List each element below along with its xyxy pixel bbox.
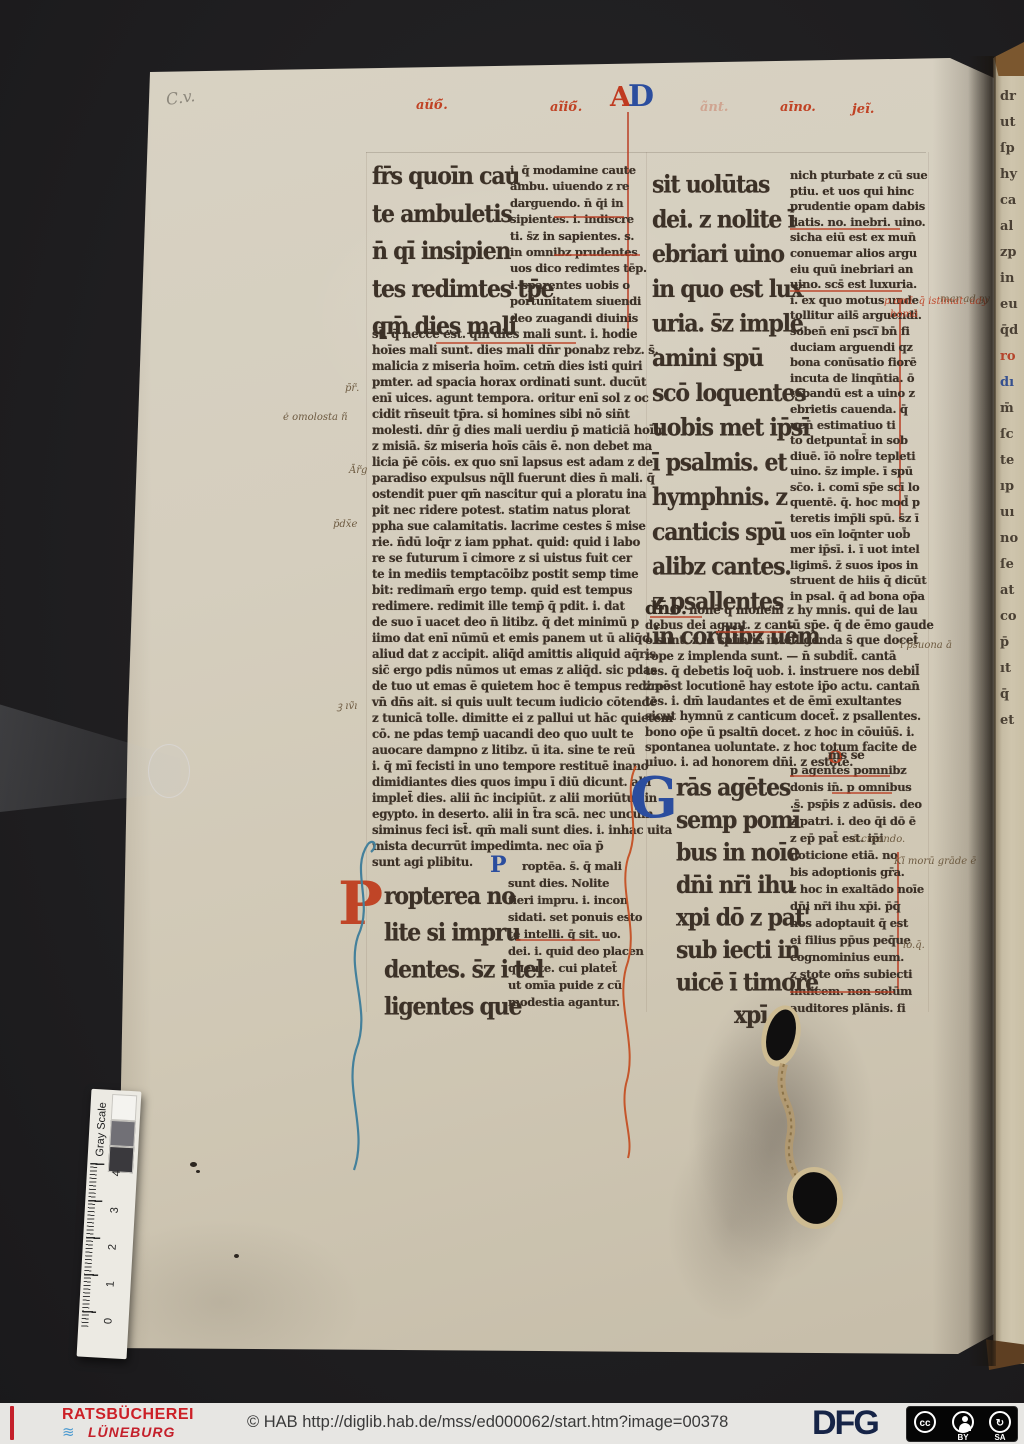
running-head-right: jeĩ. bbox=[852, 102, 874, 117]
text-line: ppha sue calamitatis. lacrime cestes s̄ … bbox=[372, 518, 673, 534]
text-line: te in mediis temptacōibz postit semp tim… bbox=[372, 566, 673, 582]
text-line: rope z implenda sunt. — n̄ subdit̄. cant… bbox=[645, 649, 934, 664]
margin-note: ī psuona ā bbox=[900, 640, 952, 651]
gray-scale-label: Gray Scale bbox=[94, 1102, 109, 1157]
next-page-text-fragment: eu bbox=[1000, 292, 1024, 318]
text-line: tes. i. dm̄ laudantes et de ēmī exultant… bbox=[645, 694, 934, 709]
text-line: pmter. ad spacia horax ordinati sunt. du… bbox=[372, 374, 673, 390]
text-line: licia p̄ē cōis. ex quo snī lapsus est ad… bbox=[372, 454, 673, 470]
running-head-faint: ãnt. bbox=[700, 100, 728, 115]
text-line: hoīes mali sunt. dies mali dn̄r ponabz r… bbox=[372, 342, 673, 358]
digitized-manuscript-viewer: ſtdrutſphycaalzpineuq̄drodım̄ſcteıpuınoſ… bbox=[0, 0, 1024, 1444]
text-line: amini spū bbox=[652, 342, 802, 377]
text-line: i. q̄ modamine caute bbox=[510, 162, 647, 178]
text-line: sic̄ ergo pdis nūmos ut emas z aliq̄d. s… bbox=[372, 662, 673, 678]
next-page-text-fragment: zp bbox=[1000, 240, 1024, 266]
text-line: rie. n̄dū loq̄r z iam pphat. quid: quid … bbox=[372, 534, 673, 550]
waves-icon: ≋ bbox=[62, 1423, 74, 1441]
text-line: z misiā. s̄z miseria hoīs cāis ē. non de… bbox=[372, 438, 673, 454]
text-line: uria. s̄z imple bbox=[652, 307, 802, 342]
text-line: duciam arguendi qz bbox=[790, 340, 927, 356]
text-line: de tuo ut emas ē quietem hoc ē tempus re… bbox=[372, 678, 673, 694]
margin-note: homā bbox=[890, 309, 918, 320]
text-line: in omnibz prudentes bbox=[510, 244, 647, 260]
text-line: eiu quū inebriari an bbox=[790, 262, 927, 278]
right-lemma-text: sit uolūtasdei. z nolite īebriari uinoin… bbox=[652, 168, 802, 654]
text-line: bit: redimam̄ ergo temp. quid est tempus bbox=[372, 582, 673, 598]
margin-note: p̄dx̄e bbox=[333, 519, 357, 530]
left-lemma-text: fr̄s quoīn caute ambuletisn̄ qī insipien… bbox=[372, 158, 522, 346]
gray-patch-white bbox=[111, 1094, 137, 1121]
text-line: ti. s̄z in sapientes. s. bbox=[510, 228, 647, 244]
text-line: dei. z nolite ī bbox=[652, 203, 802, 238]
text-line: cō. ne pdas temp̄ uacandi deo quo uult t… bbox=[372, 726, 673, 742]
running-head-center: aĩiб̃. bbox=[550, 100, 582, 115]
text-line: aliud dat z accipit. aliq̄d amittis aliq… bbox=[372, 646, 673, 662]
next-page-text-fragment: te bbox=[1000, 448, 1024, 474]
ruler-number: 4 bbox=[111, 1164, 124, 1177]
gutter-shadow bbox=[968, 56, 996, 1366]
text-line: uos dico redimtes tēp. bbox=[510, 260, 647, 276]
ruler-number: 2 bbox=[107, 1238, 120, 1251]
text-line: malicia z miseria hoīm. cetm̄ dies isti … bbox=[372, 358, 673, 374]
margin-note: lo.q̄. bbox=[903, 940, 925, 951]
text-line: sc̄o. i. comī sp̄e scī lo bbox=[790, 480, 927, 496]
text-line: alibz cantes. bbox=[652, 550, 802, 585]
text-line: z hoc in exaltādo noīe bbox=[790, 881, 924, 898]
next-page-text-fragment: hy bbox=[1000, 162, 1024, 188]
text-line: ebriari uino bbox=[652, 237, 802, 272]
text-line: re se futurum ī cimore z si uistus fuit … bbox=[372, 550, 673, 566]
text-line: ebrietis cauenda. q̄ bbox=[790, 402, 927, 418]
ruler-number: 1 bbox=[104, 1275, 117, 1288]
next-page-text-fragment: uı bbox=[1000, 500, 1024, 526]
blue-penwork-flourish bbox=[344, 838, 378, 1178]
text-line: redimere. redimit ille temp̄ q̄ pdit. i.… bbox=[372, 598, 673, 614]
next-page-text-fragment: ca bbox=[1000, 188, 1024, 214]
text-line: st̄. q̄ necc̄e est. qm̄ dies mali sunt. … bbox=[372, 326, 673, 342]
text-line: ligims̄. z̄ suos ipos in bbox=[790, 558, 927, 574]
text-line: tes. q̄ debetis loq̄ uob. i. instruere n… bbox=[645, 664, 934, 679]
person-body bbox=[959, 1423, 971, 1431]
cc-by-person-icon bbox=[952, 1411, 974, 1433]
text-line: sit uolūtas bbox=[652, 168, 802, 203]
text-line: auocare dampno z litibz. ū ita. sine te … bbox=[372, 742, 673, 758]
next-page-text-fragment: p̄ bbox=[1000, 630, 1024, 656]
page-holder-tip bbox=[148, 744, 190, 798]
text-line: spontanea uoluntate. z hoc totum facite … bbox=[645, 740, 934, 755]
text-line: bono op̄e ū psaltn̄ docet. z hoc in cōui… bbox=[645, 725, 934, 740]
cc-sa-icon: ↻ bbox=[989, 1411, 1011, 1433]
text-line: diuē. īō nol̄re tepleti bbox=[790, 449, 927, 465]
next-page-text-fragment: q̄d bbox=[1000, 318, 1024, 344]
text-line: i. sparentes uobis o bbox=[510, 277, 647, 293]
text-line: scō loquentes bbox=[652, 376, 802, 411]
next-page-text-fragment: q̄ bbox=[1000, 682, 1024, 708]
red-underline bbox=[554, 254, 640, 256]
red-underline bbox=[790, 775, 890, 777]
text-line: canticis spū bbox=[652, 515, 802, 550]
text-line: teretis imp̄li spū. s̄z ī bbox=[790, 511, 927, 527]
right-commentary-text: nonē q monem̄ z hy mnis. qui de laudebus… bbox=[645, 603, 934, 770]
text-line: o sunt. z īo spūalis̄ intelligenda s̄ qu… bbox=[645, 633, 934, 648]
red-penwork-flourish bbox=[618, 762, 646, 1162]
text-line: sicut hymnū z canticum docet̄. z psallen… bbox=[645, 709, 934, 724]
next-page-text-fragment: ıp bbox=[1000, 474, 1024, 500]
text-line: struent de hiis q̄ dicūt bbox=[790, 573, 927, 589]
text-line: vn̄ dn̄s ait. si quis uult tecum iudicio… bbox=[372, 694, 673, 710]
ink-speck bbox=[234, 1254, 239, 1258]
gloss-lead-rest: m̄s se bbox=[828, 748, 865, 762]
library-name: RATSBÜCHEREI bbox=[62, 1406, 194, 1424]
text-line: darguendo. n̄ q̄i in bbox=[510, 195, 647, 211]
text-line: iimo dat enī nūmū et emis panem ut ū ali… bbox=[372, 630, 673, 646]
ink-speck bbox=[196, 1170, 200, 1173]
margin-note: Ƙī morū grāde ē bbox=[894, 856, 976, 867]
running-head-left: aũб̃. bbox=[416, 98, 448, 113]
ruler-ticks-large bbox=[82, 1163, 105, 1317]
text-line: uos eīn loq̄nter uob̄ bbox=[790, 527, 927, 543]
dfg-logo: DFG bbox=[812, 1404, 878, 1443]
text-line: hymphnis. z bbox=[652, 480, 802, 515]
text-line: uino. s̄z imple. ī spū bbox=[790, 464, 927, 480]
text-line: deo zuagandi diuinis bbox=[510, 310, 647, 326]
next-page-text-fragment: et bbox=[1000, 708, 1024, 734]
copyright-url-text: © HAB http://diglib.hab.de/mss/ed000062/… bbox=[247, 1413, 728, 1432]
next-page-sliver: ſtdrutſphycaalzpineuq̄drodım̄ſcteıpuınoſ… bbox=[993, 58, 1024, 1364]
text-line: bona conūsatio fiorē bbox=[790, 355, 927, 371]
text-line: fr̄s quoīn cau bbox=[372, 158, 522, 196]
text-line: te ambuletis bbox=[372, 196, 522, 234]
text-line: incuta de linqn̄tia. ō bbox=[790, 371, 927, 387]
text-line: cidit rn̄seuit tp̄ra. si homines sibi nō… bbox=[372, 406, 673, 422]
text-line: ambu. uiuendo z re bbox=[510, 178, 647, 194]
text-line: debus dei agunt. z cantū sp̄e. q̄ de ēmo… bbox=[645, 618, 934, 633]
ink-speck bbox=[190, 1162, 197, 1167]
margin-note: Ār̃g bbox=[349, 465, 367, 476]
margin-note: ꝫ ıṽı bbox=[337, 698, 357, 712]
manuscript-page: C.v. aũб̃. aĩiб̃. A D ãnt. aīno. jeĩ. fr… bbox=[116, 58, 994, 1354]
running-head-anno: aīno. bbox=[780, 100, 816, 115]
red-underline bbox=[716, 631, 786, 633]
text-line: paradiso expulsus nq̄ll fuerunt dies n̄ … bbox=[372, 470, 673, 486]
book-spine-top bbox=[994, 42, 1024, 76]
left-gloss-text: i. q̄ modamine cauteambu. uiuendo z reda… bbox=[510, 162, 647, 326]
margin-note: p̄r̃. bbox=[345, 383, 359, 394]
margin-note: ē creando. bbox=[852, 834, 905, 845]
red-underline bbox=[832, 792, 892, 794]
text-line: enī uices. agunt tempora. oritur enī sol… bbox=[372, 390, 673, 406]
parchment-holes-and-tear bbox=[736, 998, 876, 1298]
text-line: ptiu. et uos qui hinc bbox=[790, 184, 927, 200]
text-line: to detpuntat̄ in sob bbox=[790, 433, 927, 449]
next-page-text-fragment: m̄ bbox=[1000, 396, 1024, 422]
red-underline bbox=[516, 939, 600, 941]
next-page-text-fragment: co bbox=[1000, 604, 1024, 630]
text-line: z tunicā tolle. dimitte ei z pallui ut h… bbox=[372, 710, 673, 726]
next-page-text-fragment: dı bbox=[1000, 370, 1024, 396]
text-line: uen̄ estimatiuo ti bbox=[790, 418, 927, 434]
text-line: z patri. i. deo q̄i dō ē bbox=[790, 813, 924, 830]
text-line: mer ip̄sī. i. ī uot intel bbox=[790, 542, 927, 558]
cc-by-label: BY bbox=[950, 1433, 976, 1442]
text-line: sipientes. i. indiscre bbox=[510, 211, 647, 227]
ruler-number: 0 bbox=[102, 1312, 115, 1325]
text-line: portunitatem siuendi bbox=[510, 293, 647, 309]
text-line: tes redimtes tp̄e bbox=[372, 271, 522, 309]
red-underline bbox=[650, 616, 702, 618]
red-underline bbox=[436, 342, 576, 344]
next-page-text-fragment: no bbox=[1000, 526, 1024, 552]
text-line: conuemar alios argu bbox=[790, 246, 927, 262]
gray-patch-mid bbox=[109, 1120, 135, 1147]
margin-note: ė omolosta ñ bbox=[283, 412, 348, 423]
text-line: nich pturbate z cū sue bbox=[790, 168, 927, 184]
next-page-text-fragment: al bbox=[1000, 214, 1024, 240]
right-gloss-text: nich pturbate z cū sueptiu. et uos qui h… bbox=[790, 168, 927, 605]
text-line: soben̄ enī psci̅ bn̄ fi bbox=[790, 324, 927, 340]
next-page-text-fragment: ıt bbox=[1000, 656, 1024, 682]
text-line: nos adoptauit q̄ est bbox=[790, 915, 924, 932]
text-line: tēpandū est a uino z bbox=[790, 386, 927, 402]
next-page-text-fragment: ſc bbox=[1000, 422, 1024, 448]
next-page-text-fragment: ut bbox=[1000, 110, 1024, 136]
text-line: .s̄. psp̄is z adūsis. deo bbox=[790, 796, 924, 813]
red-underline bbox=[790, 290, 902, 292]
text-line: prudentie opam dabis bbox=[790, 199, 927, 215]
cc-license-badge: cc ↻ BY SA bbox=[906, 1406, 1018, 1442]
next-page-text-fragment: ro bbox=[1000, 344, 1024, 370]
text-line: pit nec ridere potest. statim natus plor… bbox=[372, 502, 673, 518]
text-line: quentē. q̄. hoc mod̄ p bbox=[790, 495, 927, 511]
ruling-column-line bbox=[928, 152, 929, 1012]
red-underline bbox=[554, 216, 624, 218]
text-line: uobis met ip̄sī bbox=[652, 411, 802, 446]
pencil-foliation-mark: C.v. bbox=[165, 86, 196, 109]
text-line: ostendit puer qm̄ nascitur qui a ploratu… bbox=[372, 486, 673, 502]
text-line: de suo ī uacet deo n̄ litibz. q̄ det min… bbox=[372, 614, 673, 630]
text-line: sicha eiū est ex mun̄ bbox=[790, 230, 927, 246]
footer-bar: RATSBÜCHEREI ≋ LÜNEBURG © HAB http://dig… bbox=[0, 1403, 1024, 1444]
library-city: LÜNEBURG bbox=[88, 1424, 175, 1440]
next-page-text-fragment: ſp bbox=[1000, 136, 1024, 162]
next-page-text-fragment: ſe bbox=[1000, 552, 1024, 578]
text-line: molesti. dn̄r ḡ dies mali uerdiu p̄ mati… bbox=[372, 422, 673, 438]
ruler-number: 3 bbox=[109, 1201, 122, 1214]
next-page-text-fragment: dr bbox=[1000, 84, 1024, 110]
gloss-initial-P-blue: P bbox=[490, 854, 507, 876]
text-line: ī psalmis. et bbox=[652, 446, 802, 481]
text-line: z post locutionē hay estote ip̄o actu. c… bbox=[645, 679, 934, 694]
next-page-text-fragment: in bbox=[1000, 266, 1024, 292]
text-line: n̄ qī insipien bbox=[372, 233, 522, 271]
next-page-text-fragment: at bbox=[1000, 578, 1024, 604]
cc-icon: cc bbox=[914, 1411, 936, 1433]
person-head bbox=[962, 1416, 968, 1422]
running-head-initial-blue: D bbox=[628, 82, 654, 112]
text-line: dn̄i nr̄i ihu xp̄i. p̄q̄ bbox=[790, 898, 924, 915]
red-underline bbox=[790, 228, 900, 230]
text-line: in quo est lux bbox=[652, 272, 802, 307]
cc-sa-label: SA bbox=[987, 1433, 1013, 1442]
